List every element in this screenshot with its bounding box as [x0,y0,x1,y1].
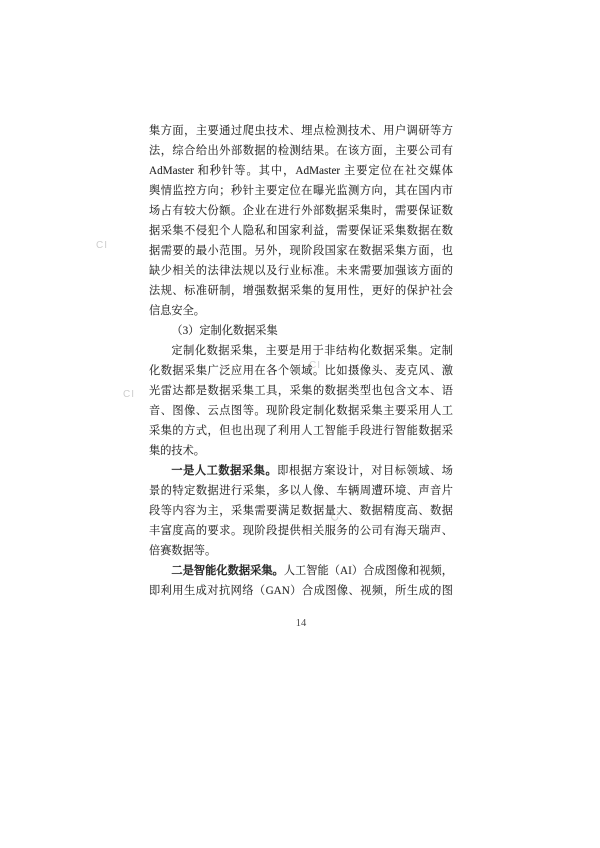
text-line: 光雷达都是数据采集工具，采集的数据类型也包含文本、语 [149,381,453,401]
text-block: 集方面，主要通过爬虫技术、埋点检测技术、用户调研等方法，综合给出外部数据的检测结… [149,121,453,601]
scan-watermark: CI [96,240,108,251]
text-line: 法，综合给出外部数据的检测结果。在该方面，主要公司有 [149,141,453,161]
text-line: 一是人工数据采集。即根据方案设计，对目标领域、场 [149,461,453,481]
text-line: 音、图像、云点图等。现阶段定制化数据采集主要采用人工 [149,401,453,421]
text-line: 集方面，主要通过爬虫技术、埋点检测技术、用户调研等方 [149,121,453,141]
text-line: AdMaster 和秒针等。其中，AdMaster 主要定位在社交媒体 [149,161,453,181]
text-line: 即利用生成对抗网络（GAN）合成图像、视频，所生成的图 [149,581,453,601]
text-line: （3）定制化数据采集 [149,321,453,341]
text-line: 据需要的最小范围。另外，现阶段国家在数据采集方面，也 [149,241,453,261]
text-line: 法规、标准研制，增强数据采集的复用性，更好的保护社会 [149,281,453,301]
page-number: 14 [149,618,453,629]
document-page: CICICICICI 集方面，主要通过爬虫技术、埋点检测技术、用户调研等方法，综… [0,0,600,848]
text-line: 缺少相关的法律法规以及行业标准。未来需要加强该方面的 [149,261,453,281]
text-line: 化数据采集广泛应用在各个领域。比如摄像头、麦克风、激 [149,361,453,381]
scan-watermark: CI [123,389,135,400]
bold-run-in: 一是人工数据采集。 [171,465,277,477]
text-line: 二是智能化数据采集。人工智能（AI）合成图像和视频， [149,561,453,581]
bold-run-in: 二是智能化数据采集。 [171,565,283,577]
text-line: 舆情监控方向；秒针主要定位在曝光监测方向，其在国内市 [149,181,453,201]
text-line: 场占有较大份额。企业在进行外部数据采集时，需要保证数 [149,201,453,221]
text-line: 景的特定数据进行采集，多以人像、车辆周遭环境、声音片 [149,481,453,501]
text-line: 段等内容为主，采集需要满足数据量大、数据精度高、数据 [149,501,453,521]
text-line: 倍赛数据等。 [149,541,453,561]
text-line: 定制化数据采集，主要是用于非结构化数据采集。定制 [149,341,453,361]
text-line: 据采集不侵犯个人隐私和国家利益，需要保证采集数据在数 [149,221,453,241]
text-line: 集的技术。 [149,441,453,461]
text-line: 信息安全。 [149,301,453,321]
text-line: 采集的方式，但也出现了利用人工智能手段进行智能数据采 [149,421,453,441]
text-line: 丰富度高的要求。现阶段提供相关服务的公司有海天瑞声、 [149,521,453,541]
